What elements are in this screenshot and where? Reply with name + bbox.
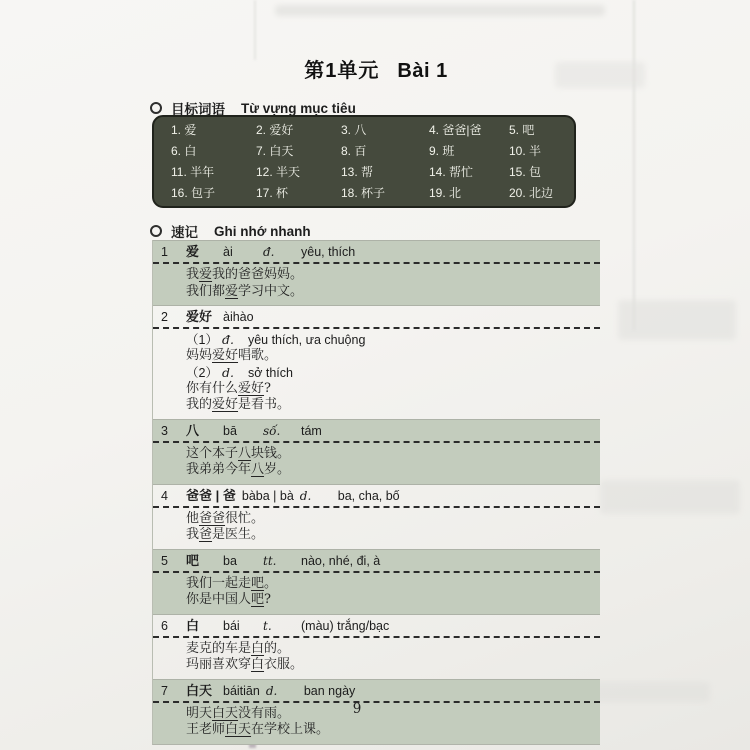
vocab-item: 4. 爸爸|爸: [429, 120, 509, 141]
entry-header: 6白báit.(màu) trắng/bạc: [153, 615, 600, 638]
example-text: 很忙。: [225, 511, 264, 526]
vocab-item: 11. 半年: [171, 162, 256, 183]
vocab-item: 2. 爱好: [256, 120, 341, 141]
vocab-item: 3. 八: [341, 120, 429, 141]
example-text: 唱歌。: [238, 348, 277, 363]
example-line: 我爱我的爸爸妈妈。: [186, 267, 594, 284]
example-text: 你有什么: [186, 381, 238, 396]
page-crease: [633, 0, 635, 330]
example-text: 是看书。: [238, 397, 290, 412]
page-title-cn: 第1单元: [304, 60, 379, 82]
entry-pinyin: ba: [223, 553, 263, 570]
entry-number: 7: [161, 683, 186, 700]
example-line: 玛丽喜欢穿白衣服。: [186, 657, 594, 674]
example-text: ?: [264, 592, 271, 607]
example-text: 学习中文。: [238, 284, 303, 299]
example-text: 玛丽喜欢穿: [186, 657, 251, 672]
showthrough-smudge: [618, 300, 736, 340]
entry-pos: đ.: [263, 244, 301, 261]
sense-meaning: yêu thích, ưa chuộng: [248, 333, 365, 347]
underlined-word: 爸爸: [199, 511, 225, 526]
entry-5: 5吧batt.nào, nhé, đi, à我们一起走吧。你是中国人吧?: [153, 549, 600, 614]
entry-body: 我们一起走吧。你是中国人吧?: [153, 573, 600, 614]
example-text: 块钱。: [251, 446, 290, 461]
entry-6: 6白báit.(màu) trắng/bạc麦克的车是白的。玛丽喜欢穿白衣服。: [153, 614, 600, 679]
underlined-word: 吧: [251, 592, 264, 607]
entry-meaning: tám: [301, 423, 594, 440]
example-line: 我爸是医生。: [186, 527, 594, 544]
vocab-item: 13. 帮: [341, 162, 429, 183]
entry-header: 4爸爸 | 爸bàba | bàd.ba, cha, bố: [153, 485, 600, 508]
underlined-word: 白: [251, 641, 264, 656]
entry-meaning: ban ngày: [304, 683, 594, 700]
example-text: 的。: [264, 641, 290, 656]
entry-header: 1爱àiđ.yêu, thích: [153, 241, 600, 264]
entry-number: 5: [161, 553, 186, 570]
entry-pinyin: bā: [223, 423, 263, 440]
entry-number: 2: [161, 309, 186, 326]
underlined-word: 爱好: [238, 381, 264, 396]
notes-section-heading: 速记 Ghi nhớ nhanh: [150, 221, 311, 241]
entry-pos: d.: [266, 683, 304, 700]
ring-icon: [150, 225, 162, 237]
ring-icon: [150, 102, 162, 114]
example-line: 你有什么爱好?: [186, 381, 594, 398]
vocab-item: 17. 杯: [256, 183, 341, 204]
underlined-word: 八: [251, 462, 264, 477]
vocab-item: 19. 北: [429, 183, 509, 204]
underlined-word: 爱: [199, 267, 212, 282]
entry-4: 4爸爸 | 爸bàba | bàd.ba, cha, bố他爸爸很忙。我爸是医生…: [153, 484, 600, 549]
entry-word: 白: [186, 617, 223, 634]
entry-header: 2爱好àihào: [153, 306, 600, 329]
sense-line: （2）d.sở thích: [186, 365, 594, 381]
example-text: 我们一起走: [186, 576, 251, 591]
vocab-item: 5. 吧: [509, 120, 570, 141]
entry-word: 爱好: [186, 308, 223, 325]
vocab-grid: 1. 爱2. 爱好3. 八4. 爸爸|爸5. 吧6. 白7. 白天8. 百9. …: [152, 115, 576, 208]
example-line: 我们都爱学习中文。: [186, 284, 594, 301]
entry-pinyin: àihào: [223, 309, 263, 326]
vocab-item: 15. 包: [509, 162, 570, 183]
vocab-item: 1. 爱: [171, 120, 256, 141]
entry-header: 3八bāsố.tám: [153, 420, 600, 443]
entry-header: 7白天báitiānd.ban ngày: [153, 680, 600, 703]
entry-meaning: ba, cha, bố: [338, 488, 594, 505]
underlined-word: 白天: [225, 722, 251, 737]
example-text: 这个本子: [186, 446, 238, 461]
example-line: 他爸爸很忙。: [186, 511, 594, 528]
example-line: 你是中国人吧?: [186, 592, 594, 609]
page-title: 第1单元Bài 1: [152, 54, 600, 83]
example-line: 我的爱好是看书。: [186, 397, 594, 414]
example-text: 我们都: [186, 284, 225, 299]
example-line: 妈妈爱好唱歌。: [186, 348, 594, 365]
sense-line: （1）đ.yêu thích, ưa chuộng: [186, 332, 594, 348]
entry-body: （1）đ.yêu thích, ưa chuộng妈妈爱好唱歌。（2）d.sở …: [153, 329, 600, 419]
example-text: 他: [186, 511, 199, 526]
example-text: 妈妈: [186, 348, 212, 363]
entry-3: 3八bāsố.tám这个本子八块钱。我弟弟今年八岁。: [153, 419, 600, 484]
entry-2: 2爱好àihào（1）đ.yêu thích, ưa chuộng妈妈爱好唱歌。…: [153, 305, 600, 419]
example-text: 王老师: [186, 722, 225, 737]
example-text: 我的: [186, 397, 212, 412]
sense-meaning: sở thích: [248, 366, 293, 380]
notes-heading-cn: 速记: [171, 221, 198, 241]
sense-pos: đ.: [222, 332, 234, 347]
example-text: 我: [186, 527, 199, 542]
example-text: 是医生。: [212, 527, 264, 542]
vocab-item: 14. 帮忙: [429, 162, 509, 183]
entry-1: 1爱àiđ.yêu, thích我爱我的爸爸妈妈。我们都爱学习中文。: [153, 240, 600, 305]
vocab-item: 8. 百: [341, 141, 429, 162]
entry-pos: tt.: [263, 553, 301, 570]
entry-pos: t.: [263, 618, 301, 635]
example-line: 王老师白天在学校上课。: [186, 722, 594, 739]
vocab-item: 20. 北边: [509, 183, 570, 204]
entry-pinyin: bái: [223, 618, 263, 635]
vocab-heading-vi: Từ vựng mục tiêu: [241, 101, 356, 116]
entry-pos: d.: [300, 488, 338, 505]
vocab-item: 12. 半天: [256, 162, 341, 183]
sense-label: （1）: [186, 333, 218, 347]
entry-pinyin: bàba | bà: [242, 488, 300, 505]
example-text: 。: [264, 576, 277, 591]
entry-body: 这个本子八块钱。我弟弟今年八岁。: [153, 443, 600, 484]
entry-word: 爱: [186, 243, 223, 260]
example-text: 我弟弟今年: [186, 462, 251, 477]
example-text: 我: [186, 267, 199, 282]
notes-heading-vi: Ghi nhớ nhanh: [214, 224, 311, 239]
entry-number: 6: [161, 618, 186, 635]
entry-body: 他爸爸很忙。我爸是医生。: [153, 508, 600, 549]
showthrough-smudge: [600, 480, 740, 514]
underlined-word: 吧: [251, 576, 264, 591]
page-edge-line: [254, 0, 256, 60]
sense-label: （2）: [186, 366, 218, 380]
underlined-word: 爱: [225, 284, 238, 299]
example-text: 衣服。: [264, 657, 303, 672]
entry-body: 麦克的车是白的。玛丽喜欢穿白衣服。: [153, 638, 600, 679]
entry-pinyin: ài: [223, 244, 263, 261]
example-text: 你是中国人: [186, 592, 251, 607]
showthrough-smudge: [275, 5, 605, 16]
vocab-item: 9. 班: [429, 141, 509, 162]
entry-number: 3: [161, 423, 186, 440]
entry-meaning: nào, nhé, đi, à: [301, 553, 594, 570]
entry-meaning: (màu) trắng/bạc: [301, 618, 594, 635]
notes-table: 1爱àiđ.yêu, thích我爱我的爸爸妈妈。我们都爱学习中文。2爱好àih…: [152, 240, 600, 745]
vocab-item: 6. 白: [171, 141, 256, 162]
example-line: 麦克的车是白的。: [186, 641, 594, 658]
entry-body: 我爱我的爸爸妈妈。我们都爱学习中文。: [153, 264, 600, 305]
underlined-word: 爱好: [212, 348, 238, 363]
entry-word: 爸爸 | 爸: [186, 487, 242, 504]
entry-number: 1: [161, 244, 186, 261]
page-number: 9: [152, 701, 562, 717]
entry-word: 白天: [186, 682, 223, 699]
entry-header: 5吧batt.nào, nhé, đi, à: [153, 550, 600, 573]
entry-number: 4: [161, 488, 186, 505]
example-line: 这个本子八块钱。: [186, 446, 594, 463]
entry-word: 八: [186, 422, 223, 439]
underlined-word: 爸: [199, 527, 212, 542]
underlined-word: 白: [251, 657, 264, 672]
example-line: 我弟弟今年八岁。: [186, 462, 594, 479]
example-text: 岁。: [264, 462, 290, 477]
sense-pos: d.: [222, 365, 234, 380]
entry-pinyin: báitiān: [223, 683, 266, 700]
vocab-item: 16. 包子: [171, 183, 256, 204]
example-line: 我们一起走吧。: [186, 576, 594, 593]
book-page: 第1单元Bài 1 目标词语 Từ vựng mục tiêu 1. 爱2. 爱…: [0, 0, 750, 750]
vocab-item: 10. 半: [509, 141, 570, 162]
vocab-item: 7. 白天: [256, 141, 341, 162]
entry-word: 吧: [186, 552, 223, 569]
example-text: ?: [264, 381, 271, 396]
page-title-vi: Bài 1: [397, 60, 447, 82]
underlined-word: 八: [238, 446, 251, 461]
example-text: 麦克的车是: [186, 641, 251, 656]
example-text: 我的爸爸妈妈。: [212, 267, 303, 282]
vocab-item: 18. 杯子: [341, 183, 429, 204]
underlined-word: 爱好: [212, 397, 238, 412]
example-text: 在学校上课。: [251, 722, 329, 737]
entry-pos: số.: [263, 423, 301, 440]
entry-meaning: yêu, thích: [301, 244, 594, 261]
